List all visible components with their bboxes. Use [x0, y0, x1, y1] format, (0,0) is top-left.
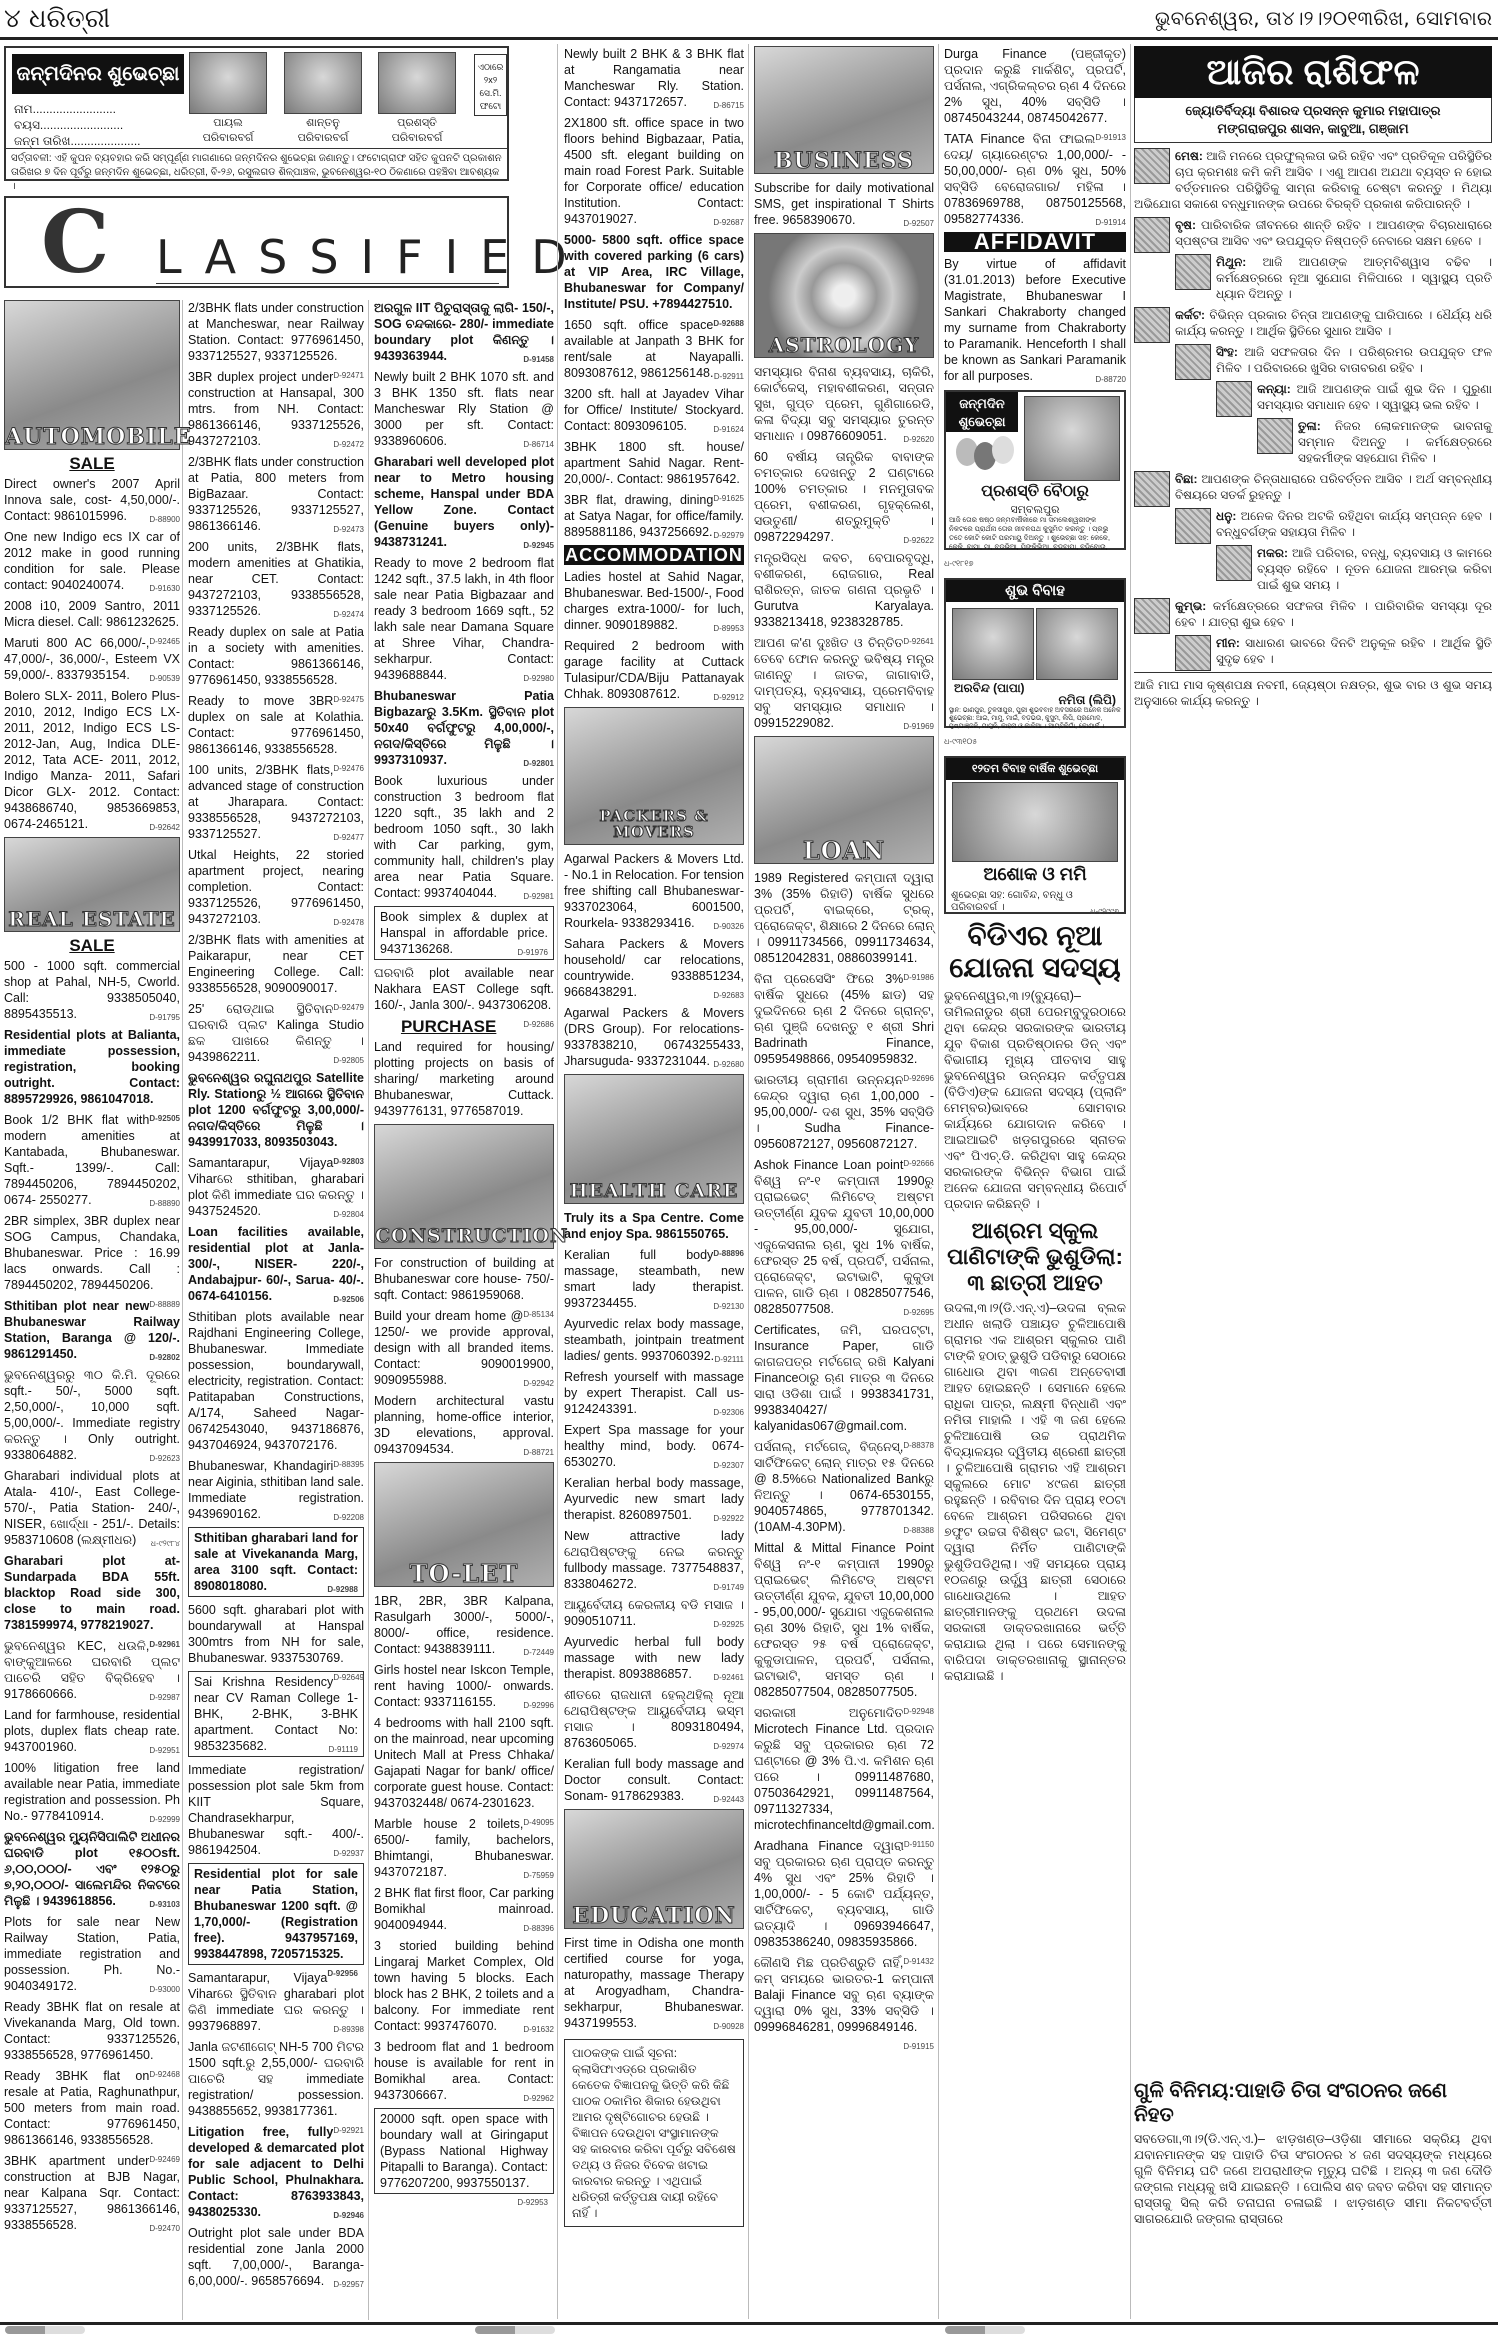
news-headline: ବିଡିଏର ନୂଆ ଯୋଜନା ସଦସ୍ୟ: [944, 920, 1126, 984]
bride-photo: [1036, 608, 1118, 680]
classified-ad: Required 2 bedroom with garage facility …: [564, 638, 744, 702]
classified-ad: Ready duplex on sale at Patia in a socie…: [188, 624, 364, 688]
ad-code: ଧ-୯୧୮୧୭: [944, 556, 1126, 572]
classified-ad: Book luxurious under construction 3 bedr…: [374, 773, 554, 901]
classified-ad: Ayurvedic relax body massage, steambath,…: [564, 1316, 744, 1364]
classified-ad: Ladies hostel at Sahid Nagar, Bhubaneswa…: [564, 569, 744, 633]
classified-ad: 2X1800 sft. office space in two floors b…: [564, 115, 744, 227]
classified-ad: Residential plot for sale near Patia Sta…: [188, 1863, 364, 1965]
classified-ad: Utkal Heights, 22 storied apartment proj…: [188, 847, 364, 927]
zodiac-aquarius: କୁମ୍ଭ: କର୍ମକ୍ଷେତ୍ରରେ ସଫଳତା ମିଳିବ । ପାରିବ…: [1134, 598, 1492, 630]
classified-ad: Truly its a Spa Centre. Come and enjoy S…: [564, 1210, 744, 1242]
column-real-estate-2: 2/3BHK flats under construction at Manch…: [188, 300, 364, 2294]
classified-ad: 3 storied building behind Lingaraj Marke…: [374, 1938, 554, 2034]
classified-ad: Plots for sale near New Railway Station,…: [4, 1914, 180, 1994]
column-rule: [748, 44, 749, 2319]
page-header: ୪ ଧରିତ୍ରୀ ଭୁବନେଶ୍ୱର, ତା୪।୨।୨୦୧୩ରିଖ, ସୋମବ…: [0, 0, 1498, 40]
classified-ad: Bhubaneswar Patia Bigbazarରୁ 3.5Km. ସ୍ଥି…: [374, 688, 554, 768]
anniversary-box: ୧୨ତମ ବିବାହ ବାର୍ଷିକ ଶୁଭେଚ୍ଛା ଅଶୋକ ଓ ମମି ଶ…: [944, 756, 1126, 914]
classified-ad: 100% litigation free land available near…: [4, 1760, 180, 1824]
birthday-wish-title: ଜନ୍ମଦିନ ଶୁଭେଚ୍ଛା: [946, 392, 1018, 432]
accommodation-heading: ACCOMMODATION: [564, 545, 744, 565]
classified-ad: 2/3BHK flats under construction at Patia…: [188, 454, 364, 534]
photo-caption: ଶାନ୍ତନୁପରିବାରବର୍ଗ: [278, 116, 368, 146]
construction-image: CONSTRUCTION: [374, 1124, 554, 1249]
classified-ad: ଆୟୁର୍ବେଦୀୟ କେରଳୀୟ ବଡି ମସାଜ । 9090510711.…: [564, 1597, 744, 1629]
classified-ad: Outright plot sale under BDA residential…: [188, 2225, 364, 2289]
classified-ad: 3BHK 1800 sft. house/ apartment Sahid Na…: [564, 439, 744, 487]
reader-notice: ପାଠକଙ୍କ ପାଇଁ ସୂଚନା: କ୍ଲାସିଫାଏଡ୍‌ରେ ପ୍ରକା…: [564, 2039, 744, 2227]
classified-ad: First time in Odisha one month certified…: [564, 1935, 744, 2031]
classified-ad: Ayurvedic herbal full body massage with …: [564, 1634, 744, 1682]
education-image: EDUCATION: [564, 1809, 744, 1929]
zodiac-libra: ତୁଳା: ନିଜର ଲୋକମାନଙ୍କ ଭାବନାକୁ ସମ୍ମାନ ଦିଅନ…: [1134, 418, 1492, 466]
horoscope-section: ଆଜିର ରାଶିଫଳ ଜ୍ୟୋତିର୍ବିଦ୍ୟା ବିଶାରଦ ପ୍ରସନ୍…: [1134, 46, 1492, 714]
classified-ad: Gharabari well developed plot near to Me…: [374, 454, 554, 550]
classified-ad: For construction of building at Bhubanes…: [374, 1255, 554, 1303]
classified-ad: Refresh yourself with massage by expert …: [564, 1369, 744, 1417]
automobile-image: AUTOMOBILE: [4, 300, 180, 450]
groom-photo: [952, 608, 1034, 680]
classified-ad: 2BR simplex, 3BR duplex near SOG Campus,…: [4, 1213, 180, 1293]
astrology-image: ASTROLOGY: [754, 233, 934, 358]
child-photo: [1024, 396, 1120, 481]
real-estate-ads: 500 - 1000 sqft. commercial shop at Paha…: [4, 958, 180, 2233]
zodiac-sagittarius: ଧନୁ: ଅନେକ ଦିନର ଅଟକି ରହିଥିବା କାର୍ଯ୍ୟ ସମ୍ପ…: [1134, 508, 1492, 540]
wedding-message: ସ୍ଥାନ: ଭାଣପୁର, ତୁଳସୀପୁର, ପୁରୀ ଶୁଭବିବାହ ଅ…: [949, 707, 1121, 729]
couple-name: ଅଶୋକ ଓ ମମି: [946, 866, 1124, 882]
couple-photo: [952, 782, 1118, 862]
classified-ad: Book simplex & duplex at Hanspal in affo…: [374, 906, 554, 960]
classified-ad: ଭୁବନେଶ୍ୱର ମ୍ୟୁନିସିପାଲିଟି ଅଧୀନର ଘରବାଡି pl…: [4, 1829, 180, 1909]
classified-ad: Bolero SLX- 2011, Bolero Plus- 2010, 201…: [4, 688, 180, 832]
classified-ad: 60 ବର୍ଷୀୟ ତାନ୍ତ୍ରିକ ବାବାଙ୍କ ଚମତ୍କାର ଦେଖନ…: [754, 449, 934, 545]
classified-ad: Loan facilities available, residential p…: [188, 1224, 364, 1304]
coupon-terms: ସର୍ତ୍ତାବଳୀ: ଏହି କୁପନ ବ୍ୟବହାର କରି ସମ୍ପୂର୍…: [6, 148, 507, 197]
news-headline: ଆଶ୍ରମ ସ୍କୁଲ ପାଣିଟାଙ୍କି ଭୁଶୁଡିଲା: ୩ ଛାତ୍ର…: [944, 1218, 1126, 1296]
column-rule: [368, 300, 369, 2320]
anniversary-message: ଶୁଭେଚ୍ଛା ସହ: ଗୋବିନ୍ଦ, ବନ୍ଧୁ ଓ ପରିବାରବର୍ଗ…: [951, 890, 1119, 918]
column-automobile-realestate: AUTOMOBILE SALE Direct owner's 2007 Apri…: [4, 300, 180, 2238]
dob-field: ଜନ୍ମ ତାରିଖ.....................: [14, 134, 141, 149]
real-estate-image: REAL ESTATE: [4, 837, 180, 932]
taurus-icon: [1134, 217, 1170, 253]
balloon-icon: [992, 436, 1014, 464]
classified-ad: ଭୁବନେଶ୍ୱରରୁ ୩୦ କି.ମି. ଦୂରରେ sqft.- 50/-,…: [4, 1367, 180, 1463]
age-field: ବୟସ.........................: [14, 118, 123, 133]
child-photo: [378, 52, 456, 114]
almanac: ଆଜି ମାଘ ମାସ କୃଷ୍ଣପକ୍ଷ ନବମୀ, ଜ୍ୟେଷ୍ଠା ନକ୍…: [1134, 672, 1492, 709]
classified-ad: Newly built 2 BHK & 3 BHK flat at Rangam…: [564, 46, 744, 110]
column-rule: [182, 300, 183, 2320]
classified-ad: Immediate registration/ possession plot …: [188, 1762, 364, 1858]
section-heading: SALE: [4, 456, 180, 472]
groom-name: ଅରବିନ୍ଦ (ପାପା): [954, 680, 1025, 696]
bottom-news: ଗୁଳି ବିନିମୟ:ପାହାଡି ଚିତା ସଂଗଠନର ଜଣେ ନିହତ …: [1134, 2075, 1492, 2227]
business-image: BUSINESS: [754, 46, 934, 174]
classified-ad: ମନ୍ତ୍ରସିଦ୍ଧ କବଚ, ବେପାରବୃଦ୍ଧି, ବଶୀକରଣ, ରୋ…: [754, 550, 934, 630]
footer-rule: [0, 2322, 1498, 2325]
classified-ad: Subscribe for daily motivational SMS, ge…: [754, 180, 934, 228]
classified-ad: One new Indigo ecs IX car of 2012 make i…: [4, 529, 180, 593]
news-headline: ଗୁଳି ବିନିମୟ:ପାହାଡି ଚିତା ସଂଗଠନର ଜଣେ ନିହତ: [1134, 2079, 1492, 2127]
pisces-icon: [1175, 635, 1211, 671]
classified-ad: Certificates, ଜମି, ଘରପଟ୍ଟା, Insurance Pa…: [754, 1322, 934, 1434]
classified-ad: 1989 Registered କମ୍ପାନୀ ଦ୍ୱାରା 3% (35% ର…: [754, 870, 934, 966]
child-photo: [189, 52, 267, 114]
classified-ad: ଶୀତରେ ରାଜଧାନୀ ହେଲ୍‌ଥହିଲ୍ ନୂଆ ଥେରାପିଷ୍ଟଙ୍…: [564, 1687, 744, 1751]
packers-movers-image: PACKERS & MOVERS: [564, 707, 744, 845]
anniversary-title: ୧୨ତମ ବିବାହ ବାର୍ଷିକ ଶୁଭେଚ୍ଛା: [946, 758, 1124, 780]
classified-banner: C LASSIFIED: [4, 196, 509, 288]
section-heading: SALE: [4, 938, 180, 954]
column-business-astrology-loan: BUSINESS Subscribe for daily motivationa…: [754, 46, 934, 2055]
column-finance-affidavit-wishes: Durga Finance (ପଞ୍ଜୀକୃତ) ପ୍ରଦାନ କରୁଛି ମା…: [944, 46, 1126, 1684]
zodiac-cancer: କର୍କଟ: ବିଭିନ୍ନ ପ୍ରକାର ଚିନ୍ତା ଆପଣଙ୍କୁ ଘାର…: [1134, 307, 1492, 339]
classified-ad: Aradhana Finance ଦ୍ୱାରା ସବୁ ପ୍ରକାରର ଋଣ ପ…: [754, 1838, 934, 1950]
classified-ad: 1BR, 2BR, 3BR Kalpana, Rasulgarh 3000/-,…: [374, 1593, 554, 1657]
news-body: ଭୁବନେଶ୍ୱର,୩।୨(ବ୍ୟୁରୋ)– ତାମିଲନାଡୁର ଶ୍ରୀ ପ…: [944, 988, 1126, 1212]
classified-ad: 2/3BHK flats under construction at Manch…: [188, 300, 364, 364]
column-office-health: Newly built 2 BHK & 3 BHK flat at Rangam…: [564, 46, 744, 2227]
sagittarius-icon: [1175, 508, 1211, 544]
classified-ad: Girls hostel near Iskcon Temple, rent ha…: [374, 1662, 554, 1710]
classified-ad: 5600 sqft. gharabari plot with boundaryw…: [188, 1602, 364, 1666]
classified-ad: 2008 i10, 2009 Santro, 2011 Micra diesel…: [4, 598, 180, 630]
classified-ad: Ready to move 2 bedroom flat 1242 sqft.,…: [374, 555, 554, 683]
zodiac-taurus: ବୃଷ: ପାରିବାରିକ ଜୀବନରେ ଶାନ୍ତି ରହିବ । ଆପଣଙ…: [1134, 217, 1492, 249]
birthday-coupon-title: ଜନ୍ମଦିନର ଶୁଭେଚ୍ଛା: [12, 54, 184, 94]
name-field: ନାମ.........................: [14, 102, 116, 117]
classified-ad: Expert Spa massage for your healthy mind…: [564, 1422, 744, 1470]
zodiac-capricorn: ମକର: ଆଜି ପରିବାର, ବନ୍ଧୁ, ବ୍ୟବସାୟ ଓ କାମରେ …: [1134, 545, 1492, 593]
news-body: ସବଡେଗା,୩।୨(ଡି.ଏନ୍.ଏ.)– ଝାଡ଼ଖଣ୍ଡ–ଓଡ଼ିଶା ସ…: [1134, 2131, 1492, 2227]
classified-ad: By virtue of affidavit (31.01.2013) befo…: [944, 256, 1126, 384]
classified-ad: Newly built 2 BHK 1070 sft. and 3 BHK 13…: [374, 369, 554, 449]
birthday-coupon: ଜନ୍ମଦିନର ଶୁଭେଚ୍ଛା ନାମ...................…: [4, 46, 509, 181]
child-photo: [284, 52, 362, 114]
leo-icon: [1175, 344, 1211, 380]
classified-ad: ଘରବାରି plot available near Nakhara EAST …: [374, 965, 554, 1013]
bride-name: ନମିତା (ଲିପି): [1058, 692, 1116, 708]
page-marker: [5, 2326, 85, 2334]
classified-ad: New attractive lady ଥେରାପିଷ୍ଟଙ୍କୁ ନେଇ କର…: [564, 1528, 744, 1592]
classified-ad: Sahara Packers & Movers household/ car r…: [564, 936, 744, 1000]
classified-ad: Agarwal Packers & Movers Ltd. - No.1 in …: [564, 851, 744, 931]
cancer-icon: [1134, 307, 1170, 343]
classified-ad: 2/3BHK flats with amenities at Paikarapu…: [188, 932, 364, 996]
classified-ad: 4 bedrooms with hall 2100 sqft. on the m…: [374, 1715, 554, 1811]
photo-caption: ପାୟଲପରିବାରବର୍ଗ: [183, 116, 273, 146]
column-realestate-3: ଅରଗୁଳ IIT ପିଚୁରାସ୍ତାକୁ ଲାଗି- 150/-, SOG …: [374, 300, 554, 2211]
birthday-child-name: ପ୍ରଶସ୍ତି ବୈଠାରୁ: [946, 484, 1124, 500]
classified-c-logo: C: [41, 203, 109, 283]
column-rule: [1130, 44, 1131, 2319]
classified-ad: Mittal & Mittal Finance Point ବିଶ୍ୱ ନଂ-୧…: [754, 1540, 934, 1700]
classified-ad: Modern architectural vastu planning, hom…: [374, 1393, 554, 1457]
classified-ad: 500 - 1000 sqft. commercial shop at Paha…: [4, 958, 180, 1022]
classified-ad: 200 units, 2/3BHK flats, modern amenitie…: [188, 539, 364, 619]
classified-ad: Janla ଜଟଣୀଗେଟ୍ NH-5 700 ମିଟର 1500 sqft.ର…: [188, 2039, 364, 2119]
classified-ad: Gharabari individual plots at Atala- 410…: [4, 1468, 180, 1548]
birthday-wish-box: ଜନ୍ମଦିନ ଶୁଭେଚ୍ଛା ପ୍ରଶସ୍ତି ବୈଠାରୁ ସମ୍ବଲପୁ…: [944, 390, 1126, 550]
birthday-message: ଆଜି ତୋର ଷଷ୍ଠ ଜନ୍ମବାର୍ଷିକୀରେ ମା ସମଲେଶ୍ୱରୀ…: [949, 516, 1121, 550]
classified-ad: ସମସ୍ୟାର ବିନାଶ ବ୍ୟବସାୟ, ଚାକିରି, କୋର୍ଟକେସ୍…: [754, 364, 934, 444]
wedding-title: ଶୁଭ ବିବାହ: [946, 580, 1124, 602]
horoscope-title: ଆଜିର ରାଶିଫଳ: [1134, 46, 1492, 98]
photo-caption: ପ୍ରଶସ୍ତିପରିବାରବର୍ଗ: [372, 116, 462, 146]
page-marker: [475, 2326, 555, 2334]
classified-ad: 3 bedroom flat and 1 bedroom house is av…: [374, 2039, 554, 2103]
zodiac-aries: ମେଷ: ଆଜି ମନରେ ପ୍ରଫୁଲ୍ଲତା ଭରି ରହିବ ଏବଂ ପ୍…: [1134, 148, 1492, 212]
ad-code: ଧ-୯୩୧୦୫: [944, 734, 1126, 750]
classified-ad: Keralian full body massage and Doctor co…: [564, 1756, 744, 1804]
divider: [156, 283, 499, 284]
scorpio-icon: [1134, 471, 1170, 507]
dateline: ଭୁବନେଶ୍ୱର, ତା୪।୨।୨୦୧୩ରିଖ, ସୋମବାର: [1155, 6, 1492, 30]
classified-ad: Land required for housing/ plotting proj…: [374, 1039, 554, 1119]
astrologer-credit: ଜ୍ୟୋତିର୍ବିଦ୍ୟା ବିଶାରଦ ପ୍ରସନ୍ନ କୁମାର ମହାପ…: [1134, 98, 1492, 143]
classified-ad: 3200 sft. hall at Jayadev Vihar for Offi…: [564, 386, 744, 434]
zodiac-leo: ସିଂହ: ଆଜି ସଫଳତାର ଦିନ । ପରିଶ୍ରମର ଉପଯୁକ୍ତ …: [1134, 344, 1492, 376]
classified-ad: Keralian herbal body massage, Ayurvedic …: [564, 1475, 744, 1523]
classified-ad: Agarwal Packers & Movers (DRS Group). Fo…: [564, 1005, 744, 1069]
column-rule: [938, 44, 939, 2319]
virgo-icon: [1216, 381, 1252, 417]
classified-ad: 20000 sqft. open space with boundary wal…: [374, 2108, 554, 2194]
page-marker: [945, 2326, 1025, 2334]
classified-ad: Sthitiban plots available near Rajdhani …: [188, 1309, 364, 1453]
classified-ad: ସରକାରୀ ଅନୁମୋଦିତ Microtech Finance Ltd. ପ…: [754, 1705, 934, 1833]
capricorn-icon: [1216, 545, 1252, 581]
gemini-icon: [1175, 254, 1211, 290]
aries-icon: [1134, 148, 1170, 184]
classified-ad: Land for farmhouse, residential plots, d…: [4, 1707, 180, 1755]
to-let-image: TO-LET: [374, 1462, 554, 1587]
classified-ad: Durga Finance (ପଞ୍ଜୀକୃତ) ପ୍ରଦାନ କରୁଛି ମା…: [944, 46, 1126, 126]
classified-ad: Gharabari plot at- Sundarpada BDA 55ft. …: [4, 1553, 180, 1633]
affidavit-heading: AFFIDAVIT: [944, 232, 1126, 252]
classified-ad: Direct owner's 2007 April Innova sale, c…: [4, 476, 180, 524]
wedding-box: ଶୁଭ ବିବାହ ଅରବିନ୍ଦ (ପାପା) ନମିତା (ଲିପି) ସ୍…: [944, 578, 1126, 728]
libra-icon: [1257, 418, 1293, 454]
classified-ad: 2 BHK flat first floor, Car parking Bomi…: [374, 1885, 554, 1933]
classified-ad: Sthitiban gharabari land for sale at Viv…: [188, 1527, 364, 1597]
classified-ad: 5000- 5800 sqft. office space with cover…: [564, 232, 744, 312]
news-body: ଉଦଳା,୩।୨(ଡି.ଏନ୍.ଏ)–ଉଦଳା ବ୍ଲକ ଅଧୀନ ଖଲାଡି …: [944, 1300, 1126, 1684]
zodiac-gemini: ମିଥୁନ: ଆଜି ଆପଣଙ୍କ ଆତ୍ମବିଶ୍ୱାସ ବଢିବ । କର୍…: [1134, 254, 1492, 302]
classified-ad: Ashok Finance Loan point ବିଶ୍ୱ ନଂ-୧ କମ୍ପ…: [754, 1157, 934, 1317]
zodiac-scorpio: ବିଛା: ଆପଣଙ୍କ ଚିନ୍ତାଧାରାରେ ପରିବର୍ତ୍ତନ ଆସି…: [1134, 471, 1492, 503]
classified-ad: ଅରଗୁଳ IIT ପିଚୁରାସ୍ତାକୁ ଲାଗି- 150/-, SOG …: [374, 300, 554, 364]
classified-ad: Residential plots at Balianta, immediate…: [4, 1027, 180, 1107]
zodiac-pisces: ମୀନ: ସାଧାରଣ ଭାବରେ ଦିନଟି ଅନୁକୂଳ ରହିବ । ଆର…: [1134, 635, 1492, 667]
health-care-image: HEALTH CARE: [564, 1074, 744, 1204]
classified-ad: ଭୁବନେଶ୍ୱର ରଘୁନାଥପୁର Satellite Rly. Stati…: [188, 1070, 364, 1150]
column-rule: [557, 44, 558, 2319]
classified-title: LASSIFIED: [156, 230, 589, 284]
automobile-ads: Direct owner's 2007 April Innova sale, c…: [4, 476, 180, 832]
loan-image: LOAN: [754, 736, 934, 864]
aquarius-icon: [1134, 598, 1170, 634]
zodiac-virgo: କନ୍ୟା: ଆଜି ଆପଣଙ୍କ ପାଇଁ ଶୁଭ ଦିନ । ପୁରୁଣା …: [1134, 381, 1492, 413]
photo-slot: ଏଠାରେ ୨x୨ ସେ.ମି. ଫଟୋ ଲଗାନ୍ତୁ: [474, 54, 507, 116]
page-number: ୪ ଧରିତ୍ରୀ: [4, 4, 110, 35]
classified-ad: Ready 3BHK flat on resale at Vivekananda…: [4, 1999, 180, 2063]
